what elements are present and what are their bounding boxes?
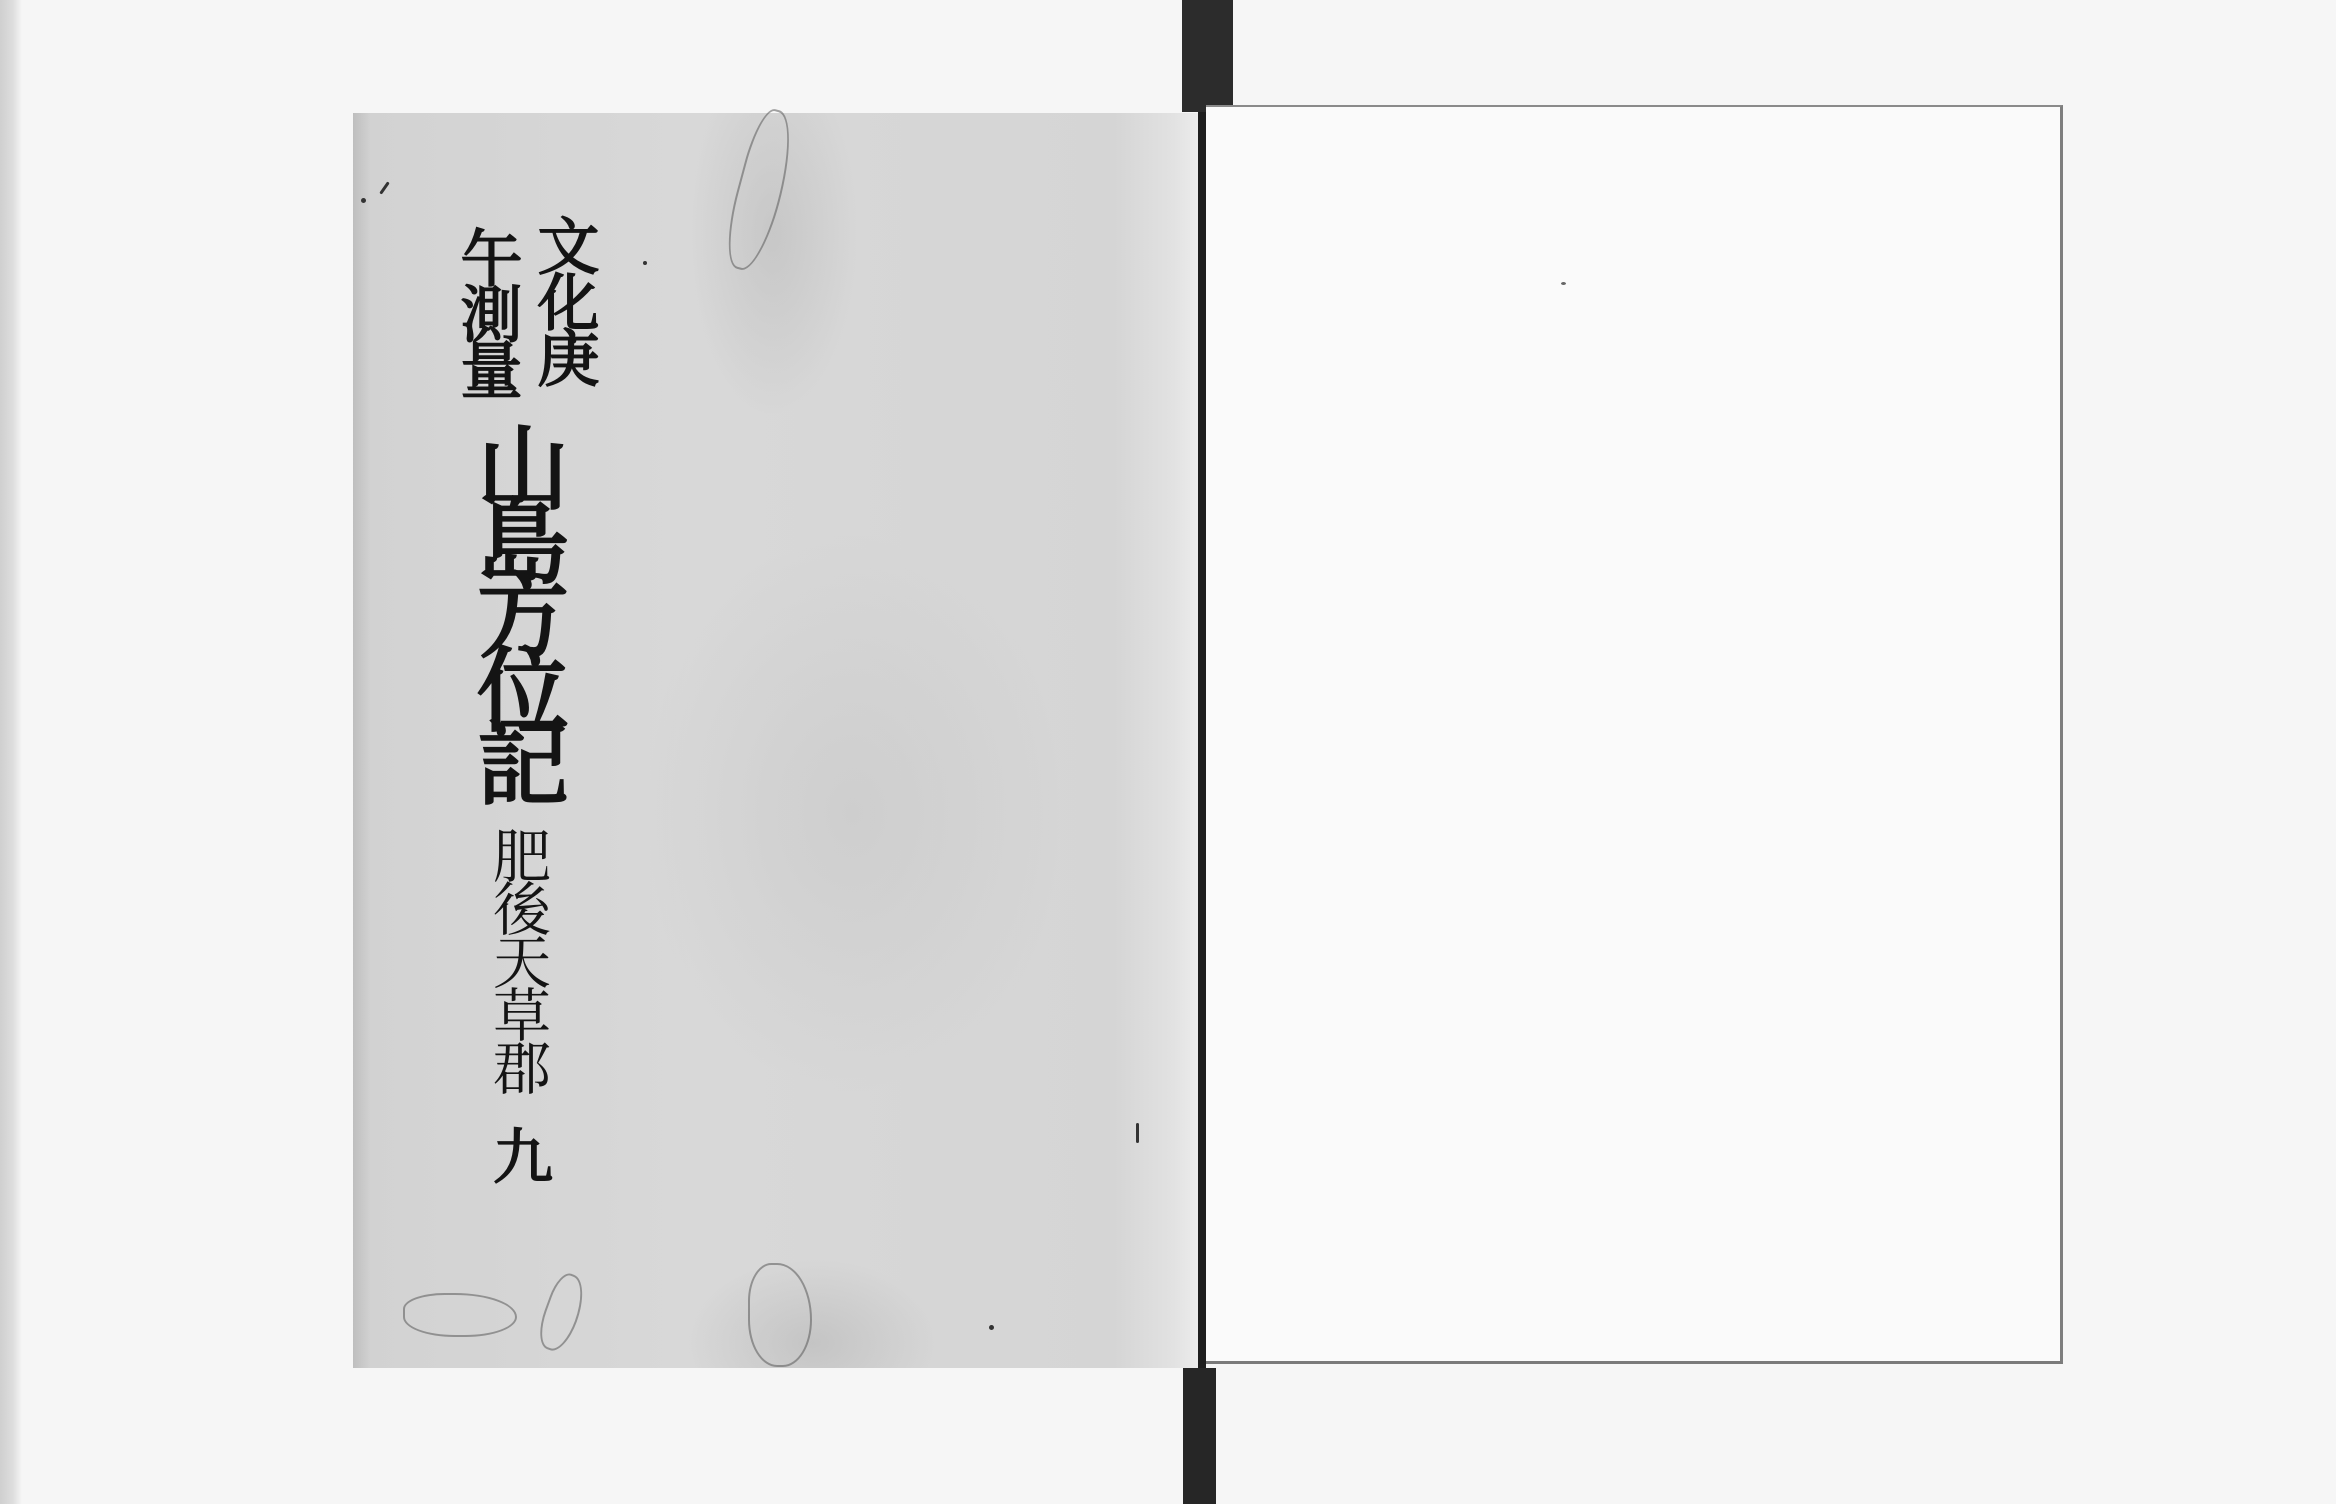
cover-subtitle: 肥後天草郡 bbox=[488, 826, 546, 1091]
cover-title: 山島方位記 bbox=[470, 420, 562, 790]
paper-stain bbox=[403, 1293, 517, 1337]
ink-speck bbox=[1136, 1123, 1139, 1143]
book-spine bbox=[1198, 112, 1206, 1368]
paper-stain bbox=[748, 1263, 812, 1367]
ink-speck bbox=[643, 261, 647, 265]
cover-edge-shade bbox=[353, 113, 371, 1368]
blank-endpaper bbox=[1206, 105, 2063, 1364]
paper-stain bbox=[533, 1270, 592, 1356]
ink-speck bbox=[989, 1325, 994, 1330]
scan-edge-shadow bbox=[0, 0, 22, 1504]
cover-era-line: 文化庚 bbox=[532, 214, 594, 382]
binding-tab-top bbox=[1182, 0, 1233, 112]
paper-stain bbox=[718, 105, 803, 275]
cover-survey-line: 午測量 bbox=[455, 226, 517, 394]
cover-volume-number: 九 bbox=[488, 1125, 548, 1185]
ink-speck bbox=[379, 181, 389, 194]
binding-tab-bottom bbox=[1183, 1368, 1216, 1504]
paper-speck bbox=[1561, 282, 1566, 285]
ink-speck bbox=[361, 198, 366, 203]
